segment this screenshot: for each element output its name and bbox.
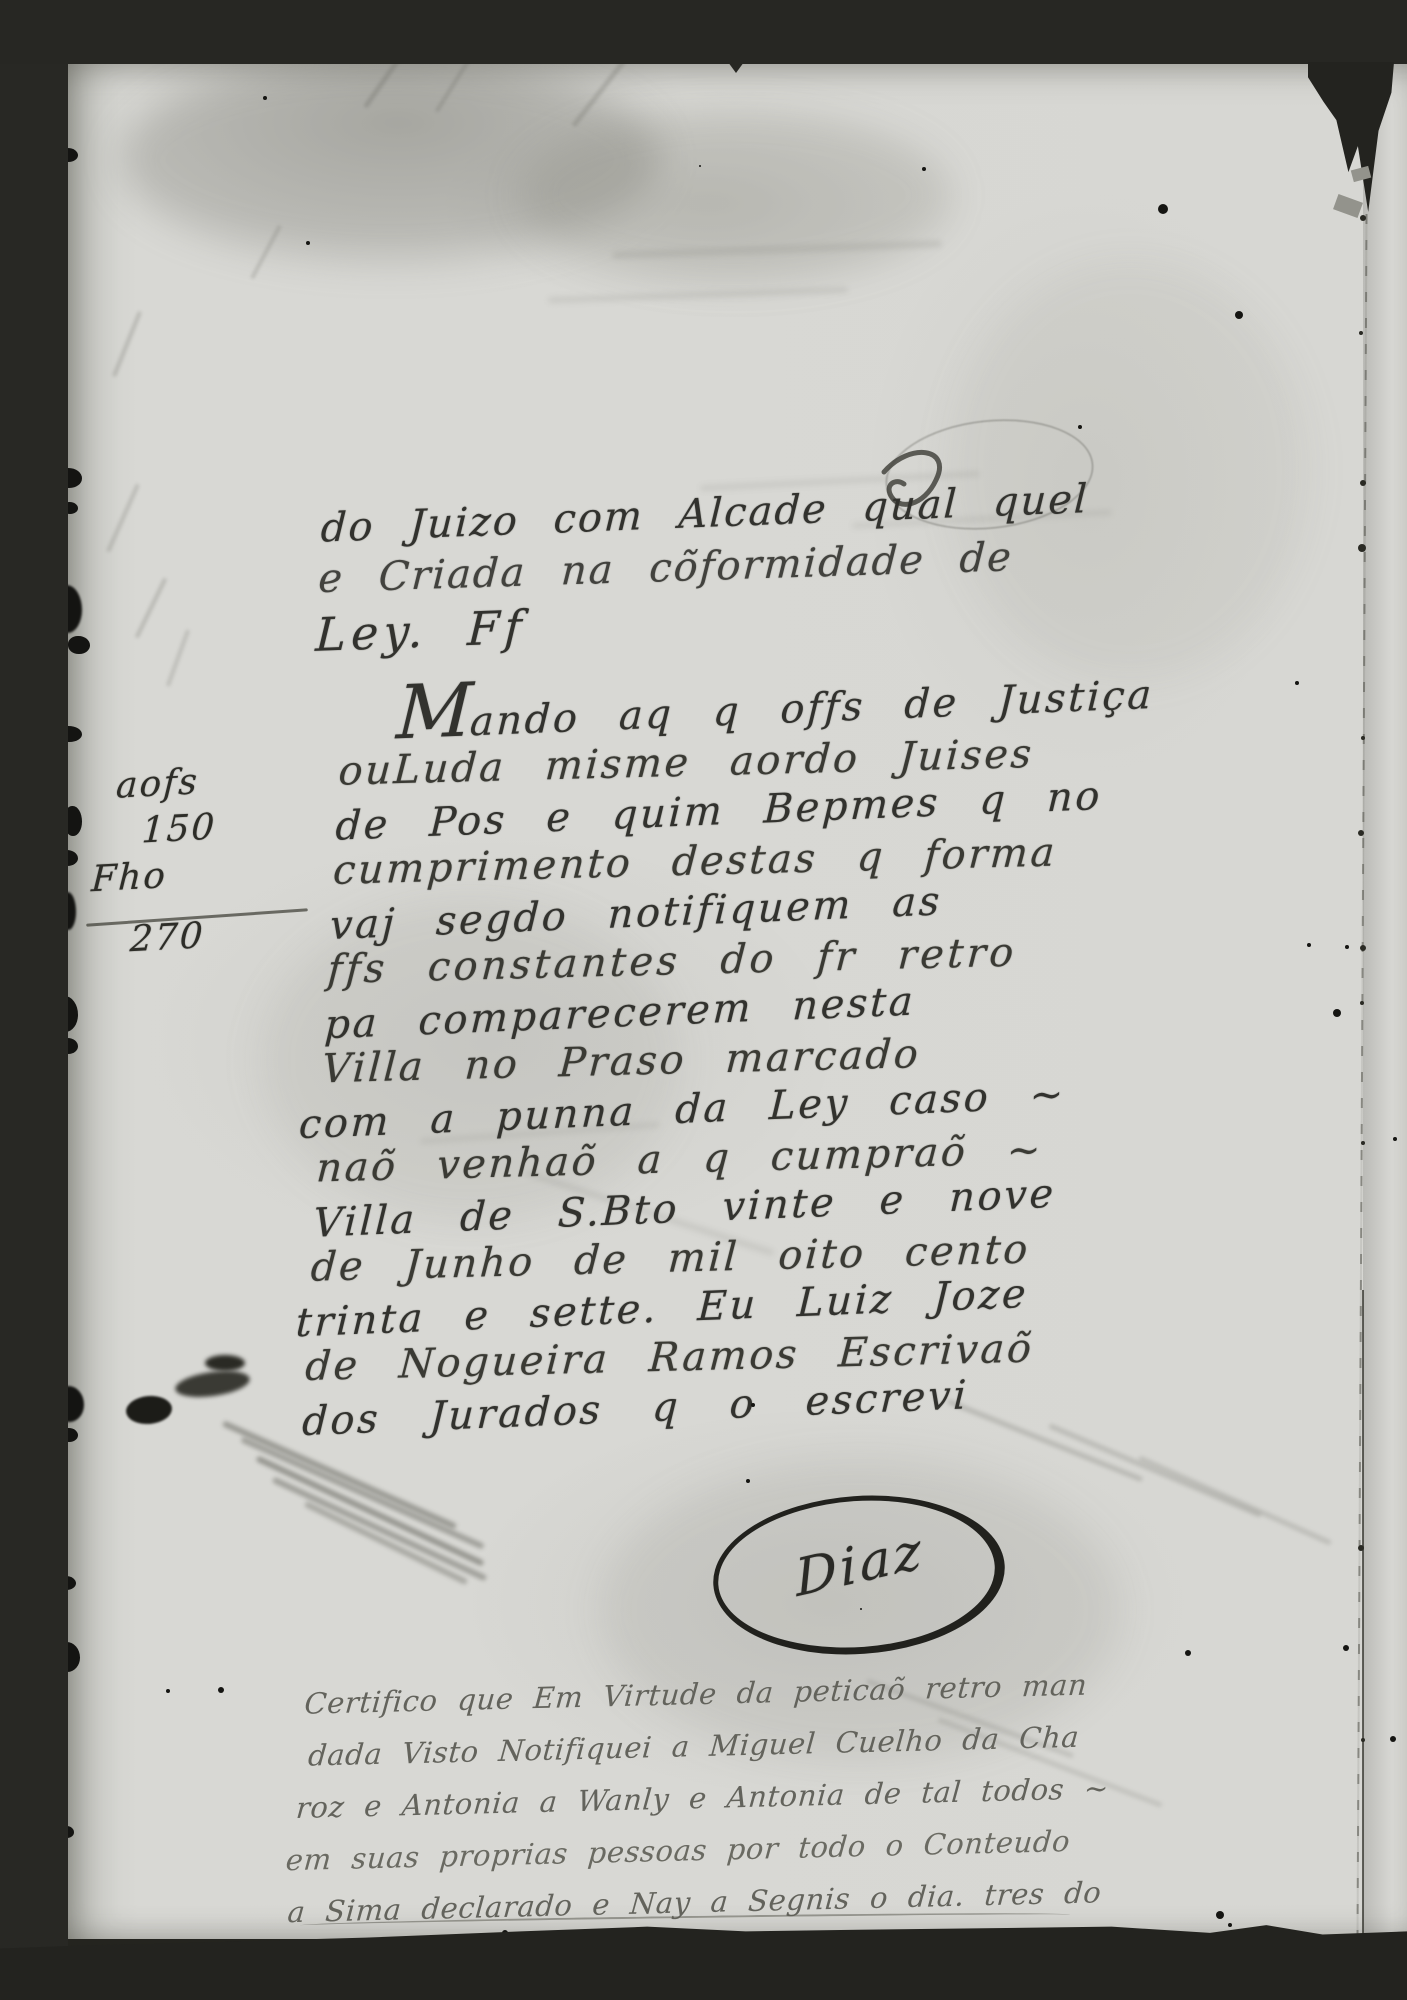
stain — [520, 110, 950, 280]
ink-blot — [205, 1355, 245, 1371]
signature-name: Diaz — [793, 1521, 926, 1609]
certificate-paragraph: Certifico que Em Virtude da peticaõ retr… — [286, 1658, 1121, 1938]
scanned-manuscript-page: aofs 150 Fho 270 do Juizo com Alcade qua… — [0, 0, 1407, 2000]
margin-note-line: 150 — [140, 804, 217, 854]
margin-note-line: aofs — [115, 758, 220, 810]
scan-border-left — [0, 0, 68, 2000]
mandate-paragraph: Mando aq q offs de Justiça ouLuda misme … — [301, 662, 1156, 1444]
margin-note-line: Fho — [90, 851, 215, 904]
page-gutter-shading — [1363, 63, 1407, 1939]
opening-paragraph: do Juizo com Alcade qual quel e Criada n… — [314, 473, 1090, 662]
scan-border-top — [0, 0, 1407, 64]
ink-blob — [68, 636, 90, 654]
binding-seam-lower — [1362, 1290, 1364, 1938]
margin-note: aofs 150 Fho 270 — [83, 758, 220, 965]
